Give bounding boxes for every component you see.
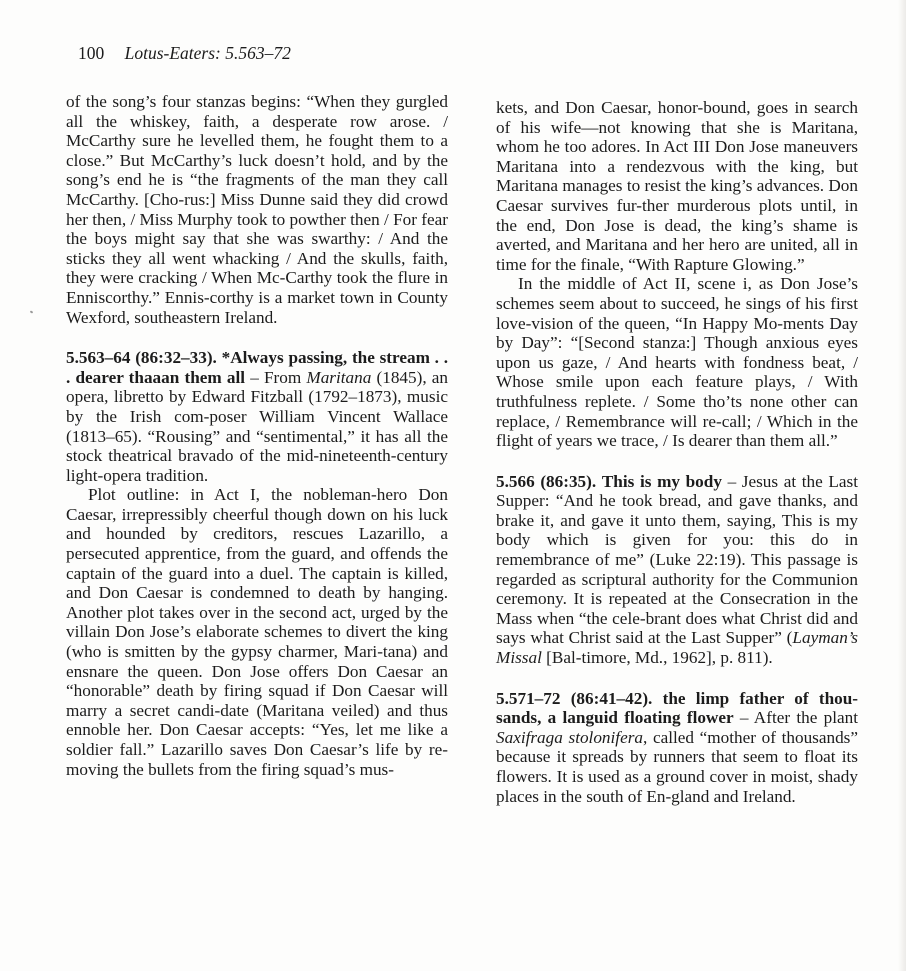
entry-reference: 5.566 (86:35). <box>496 472 596 491</box>
annotation-entry-5-563: 5.563–64 (86:32–33). *Always passing, th… <box>66 348 448 485</box>
annotation-entry-5-571: 5.571–72 (86:41–42). the limp father of … <box>496 689 858 807</box>
entry-reference: 5.571–72 (86:41–42). <box>496 689 652 708</box>
plot-outline-paragraph: Plot outline: in Act I, the nobleman-her… <box>66 485 448 779</box>
entry-italic-title: Maritana <box>306 368 371 387</box>
entry-italic-title: Saxifraga stolonifera <box>496 728 643 747</box>
right-column: kets, and Don Caesar, honor-bound, goes … <box>496 98 858 806</box>
entry-dash: – From <box>245 368 306 387</box>
song-paragraph: In the middle of Act II, scene i, as Don… <box>496 274 858 450</box>
page-edge-shade <box>898 0 906 971</box>
entry-body: – After the plant <box>734 708 858 727</box>
page-number: 100 <box>78 43 104 63</box>
entry-body: – Jesus at the Last Supper: “And he took… <box>496 472 858 648</box>
paragraph-continued: of the song’s four stanzas begins: “When… <box>66 92 448 327</box>
annotation-entry-5-566: 5.566 (86:35). This is my body – Jesus a… <box>496 472 858 668</box>
paragraph-continued: kets, and Don Caesar, honor-bound, goes … <box>496 98 858 274</box>
entry-reference: 5.563–64 (86:32–33). <box>66 348 217 367</box>
stray-ink-mark <box>30 310 34 313</box>
running-head: 100 Lotus-Eaters: 5.563–72 <box>78 42 291 64</box>
entry-lemma: This is my body <box>602 472 722 491</box>
running-title: Lotus-Eaters: 5.563–72 <box>125 43 291 63</box>
entry-body-end: [Bal-timore, Md., 1962], p. 811). <box>542 648 773 667</box>
left-column: of the song’s four stanzas begins: “When… <box>66 92 448 779</box>
